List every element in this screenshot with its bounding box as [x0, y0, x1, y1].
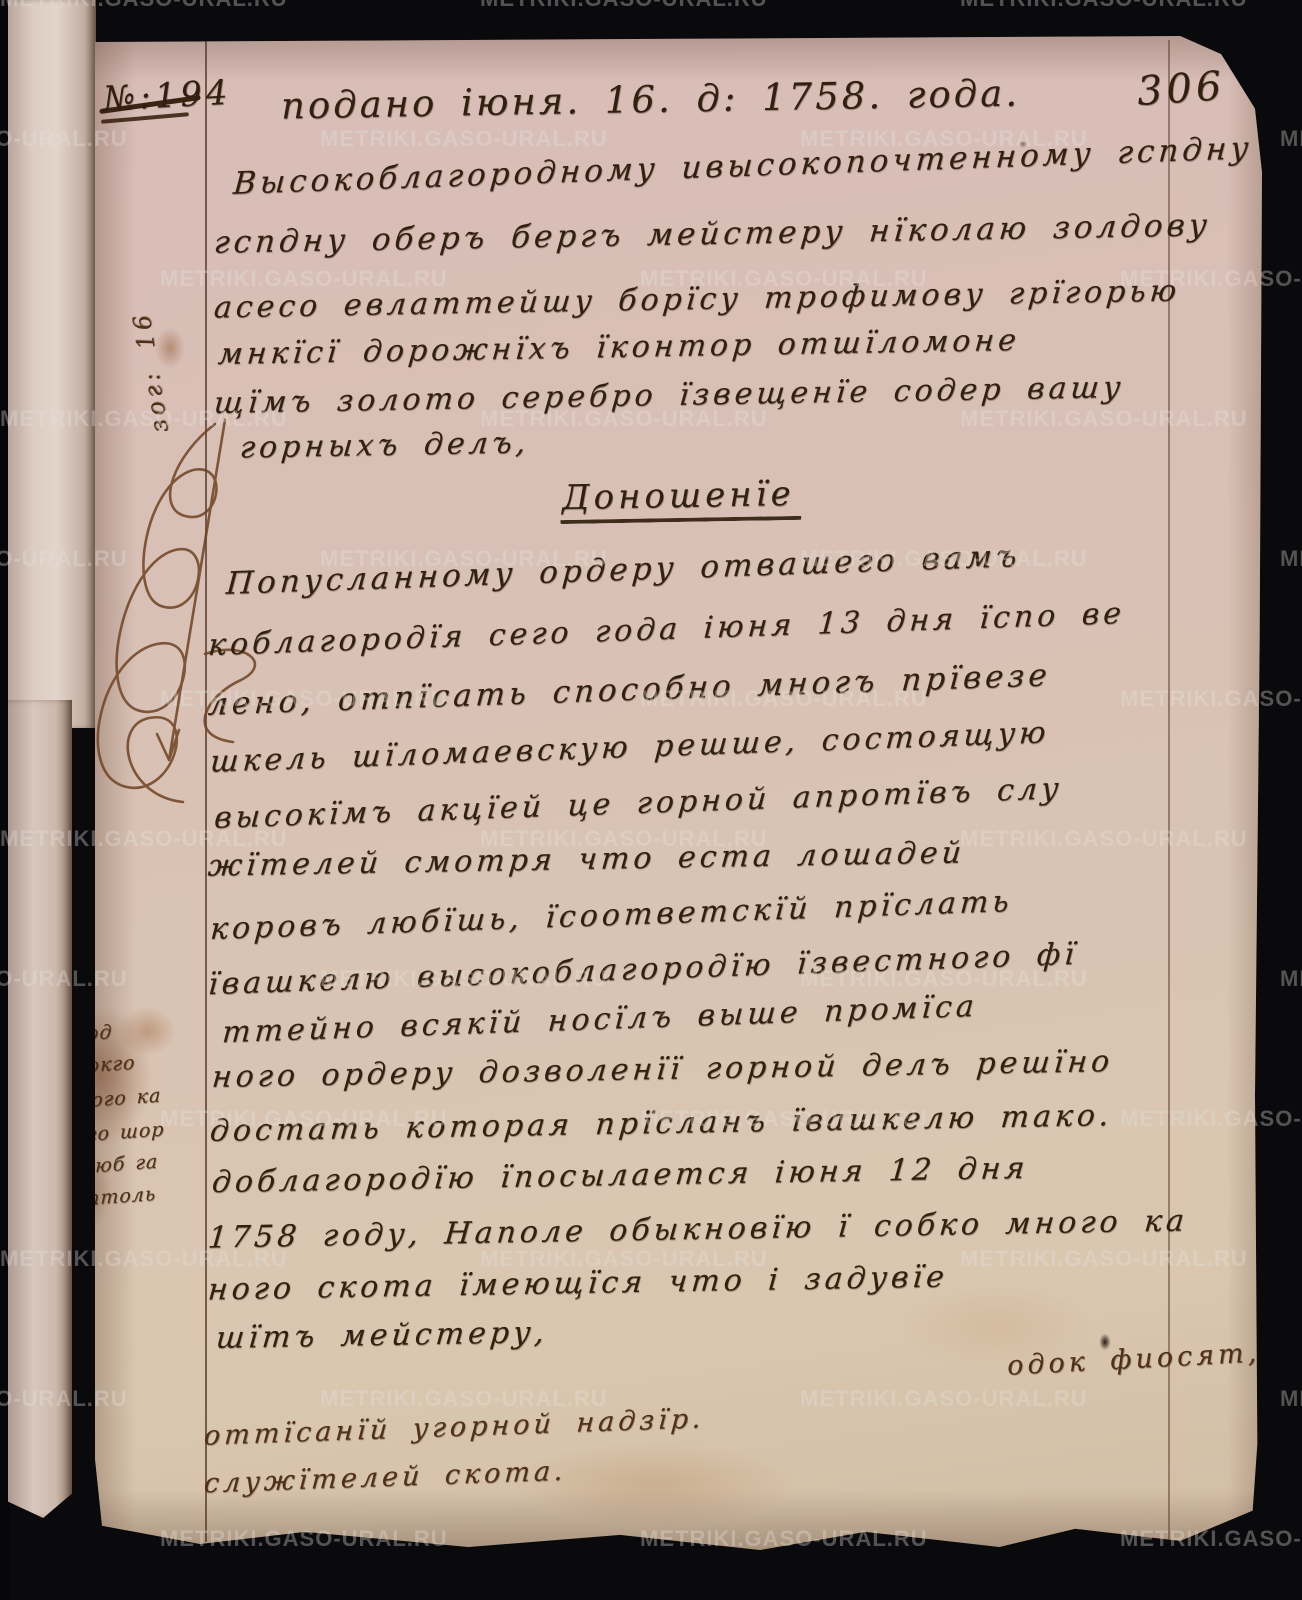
manuscript-line: щïмъ золото серебро ïзвещенïе содер вашу: [213, 370, 1126, 421]
manuscript-line: ттейно всякïй носïлъ выше промïса: [221, 989, 979, 1050]
manuscript-line: служïтелей скота.: [203, 1456, 568, 1500]
scanned-page-photo: №:194 подано іюня. 16. д: 1758. года. 30…: [0, 0, 1302, 1600]
margin-note-line: много ка: [61, 1084, 162, 1113]
rotated-margin-number: зог: 16: [127, 309, 174, 435]
manuscript-line: шïтъ мейстеру,: [214, 1315, 549, 1356]
margin-note-line: тлюб га: [63, 1151, 159, 1180]
manuscript-line: достать которая прïсланъ ïвашкелю тако.: [209, 1098, 1115, 1149]
document-heading: Доношенïе: [560, 474, 801, 524]
left-margin-rule: [205, 40, 207, 1542]
manuscript-line: ного скота ïмеющïся что і задувïе: [207, 1260, 950, 1308]
manuscript-line: оттïсанïй угорной надзïр.: [203, 1403, 706, 1452]
watermark-text: METRIKI.GASO-URAL.RU: [960, 0, 1248, 12]
underlying-page-edge-lower: [8, 700, 72, 1518]
manuscript-line: Высокоблагородному ивысокопочтенному гсп…: [232, 130, 1254, 202]
manuscript-line: высокïмъ акцïей це горной апротïвъ слу: [213, 771, 1064, 836]
signature-note: одок фиосят,: [1006, 1337, 1261, 1381]
watermark-text: METRIKI.GASO-URAL.RU: [1280, 126, 1302, 152]
manuscript-line: мнкïсï дорожнïхъ ïконтор отшïломоне: [217, 323, 1022, 372]
manuscript-line: ного ордеру дозволенïï горной делъ решïн…: [211, 1044, 1115, 1095]
manuscript-line: шкель шïломаевскую решше, состоящую: [209, 715, 1051, 779]
watermark-text: METRIKI.GASO-URAL.RU: [480, 0, 768, 12]
watermark-text: METRIKI.GASO-URAL.RU: [1280, 546, 1302, 572]
margin-note-line: ного шор: [61, 1118, 165, 1147]
manuscript-line: коровъ любïшь, ïсоответскïй прïслать: [209, 884, 1014, 947]
manuscript-line: доблагородïю ïпосылается іюня 12 дня: [211, 1151, 1030, 1200]
margin-note-line: сïокго: [69, 1052, 136, 1079]
manuscript-page: №:194 подано іюня. 16. д: 1758. года. 30…: [95, 36, 1262, 1550]
manuscript-line: горныхъ делъ,: [238, 425, 531, 465]
manuscript-line: 1758 году, Наполе обыкновïю ï собко мног…: [207, 1203, 1190, 1255]
manuscript-line: лено, отпïсать способно многъ прïвезе: [207, 657, 1052, 723]
folio-number: 306: [1136, 63, 1227, 115]
underlying-page-edge: [8, 0, 96, 728]
manuscript-line: гспдну оберъ бергъ мейстеру нïколаю золд…: [212, 207, 1212, 260]
right-margin-rule: [1168, 40, 1170, 1542]
submission-date-line: подано іюня. 16. д: 1758. года.: [281, 72, 1021, 128]
manuscript-line: коблагородïя сего года іюня 13 дня ïспо …: [207, 596, 1126, 663]
watermark-text: METRIKI.GASO-URAL.RU: [1280, 1386, 1302, 1412]
manuscript-line: асесо евлаттейшу борïсу трофимову грïгор…: [213, 274, 1182, 326]
margin-note-line: од: [87, 1021, 113, 1045]
entry-number: №:194: [102, 73, 232, 120]
watermark-text: METRIKI.GASO-URAL.RU: [1280, 966, 1302, 992]
manuscript-line: Попусланному ордеру отвашего вамъ: [225, 538, 1022, 602]
manuscript-line: жïтелей смотря что еста лошадей: [207, 835, 967, 883]
margin-note-line: оттоль: [69, 1183, 157, 1211]
